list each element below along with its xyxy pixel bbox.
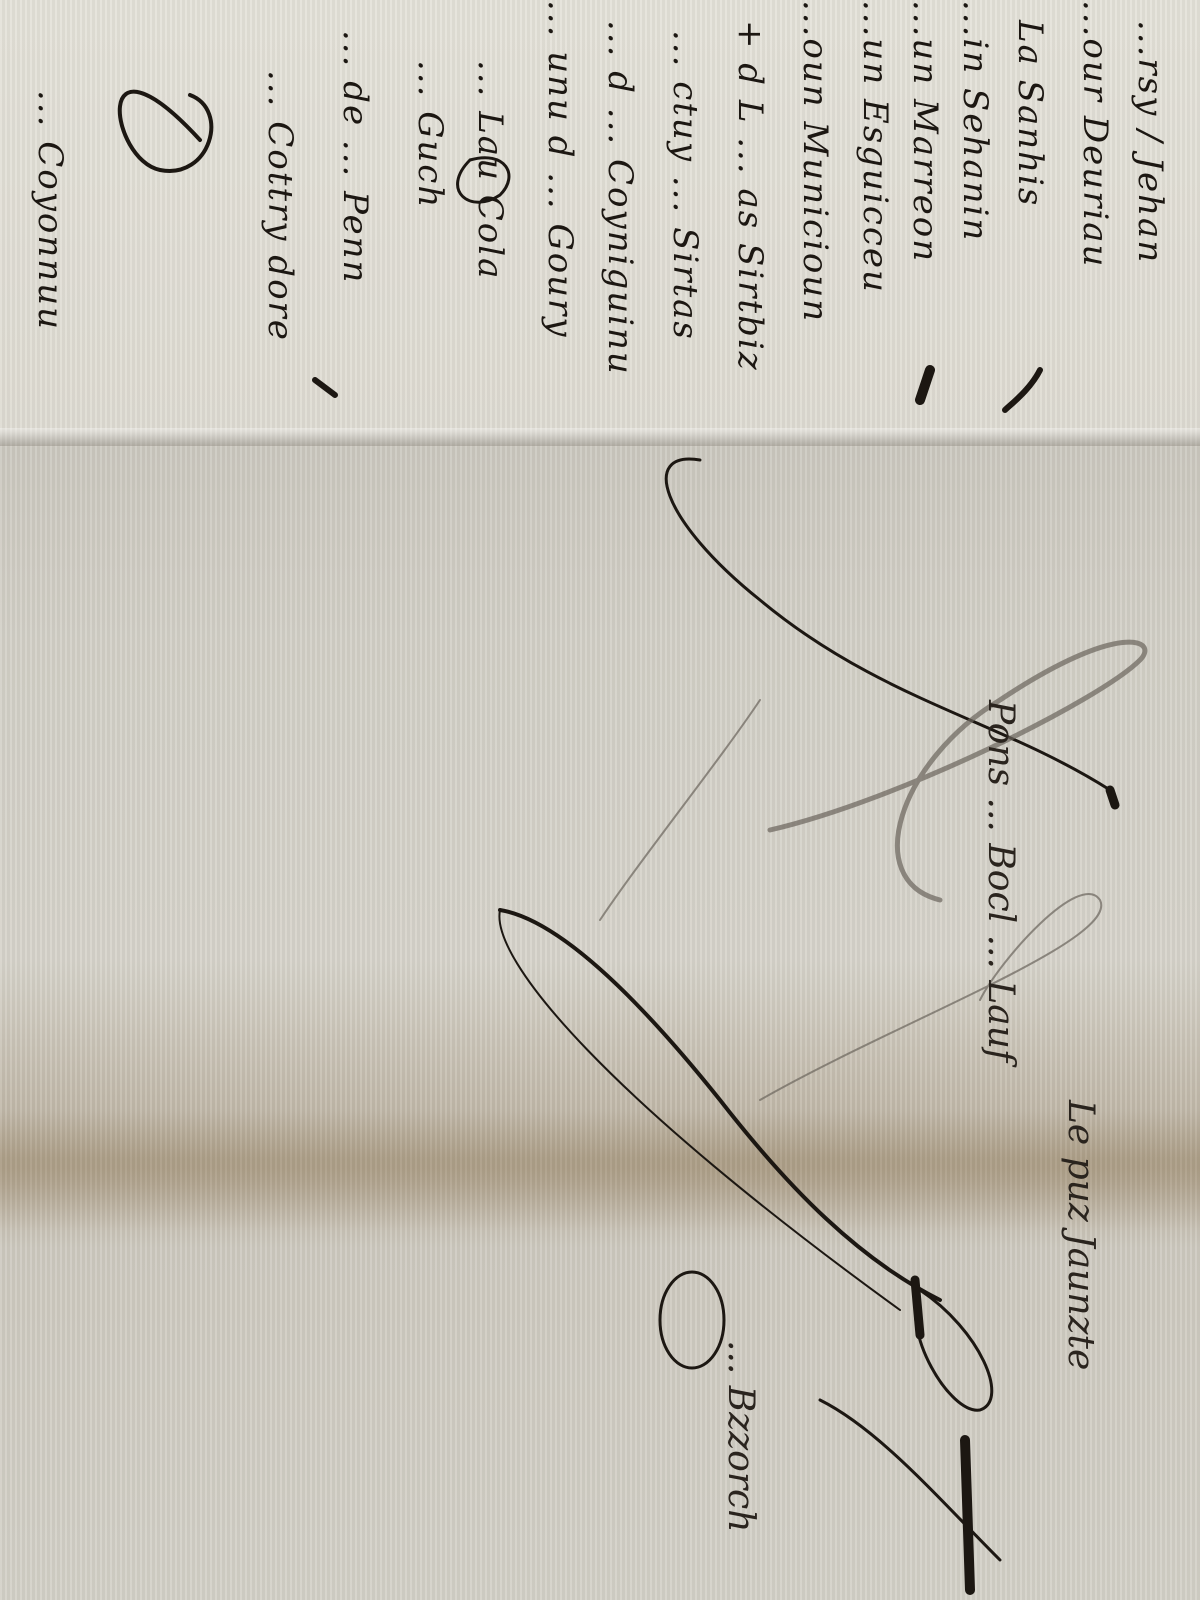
signature: ... Bzzorch xyxy=(720,1340,761,1532)
signature: Le puz Jaunzte xyxy=(1060,1100,1101,1370)
signature: Pons ... Bocl ... Lauf xyxy=(980,700,1021,1062)
